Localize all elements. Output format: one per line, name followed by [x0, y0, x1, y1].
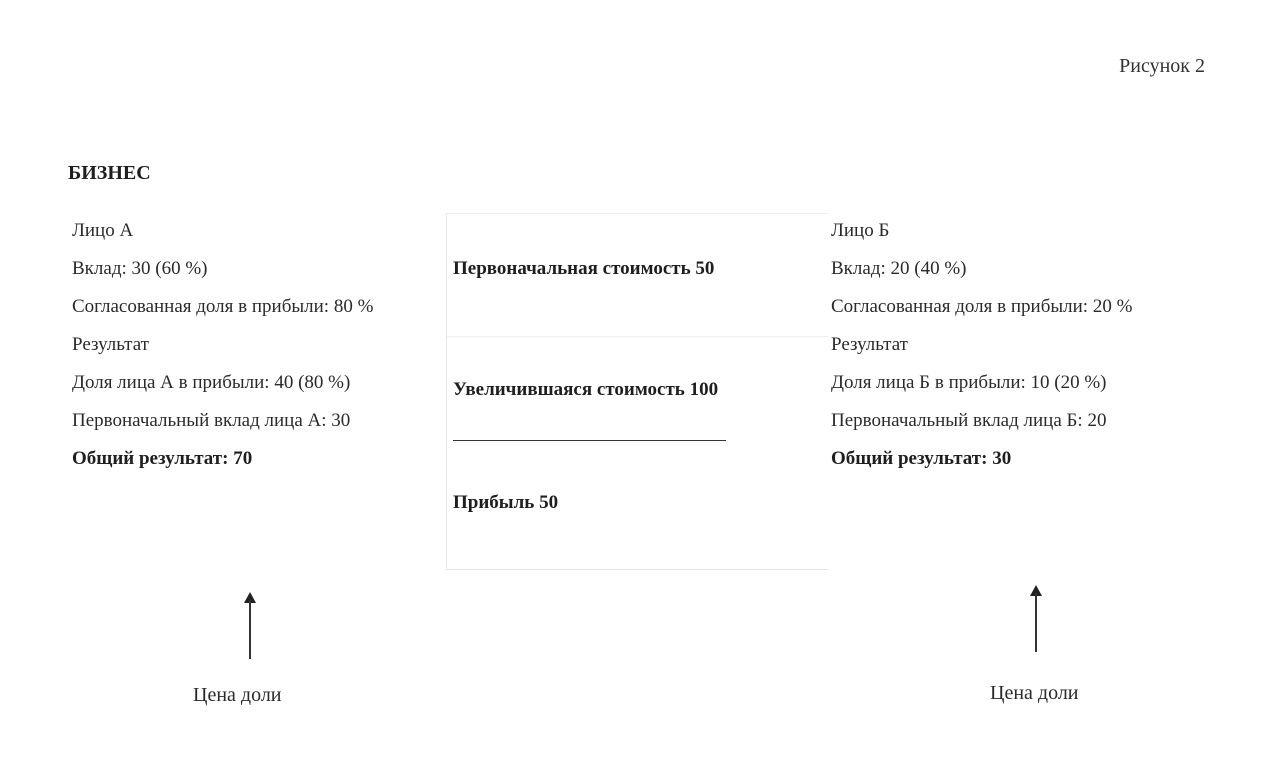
person-b-total-result: Общий результат: 30 — [831, 440, 1132, 478]
arrow-up-icon — [244, 592, 256, 659]
person-b-initial-contribution: Первоначальный вклад лица Б: 20 — [831, 402, 1132, 440]
initial-value: Первоначальная стоимость 50 — [453, 258, 714, 280]
increased-value: Увеличившаяся стоимость 100 — [453, 379, 718, 401]
person-b-agreed-share: Согласованная доля в прибыли: 20 % — [831, 288, 1132, 326]
subtraction-rule — [453, 440, 726, 441]
person-a-column: Лицо А Вклад: 30 (60 %) Согласованная до… — [72, 212, 373, 478]
person-a-initial-contribution: Первоначальный вклад лица А: 30 — [72, 402, 373, 440]
share-price-label-a: Цена доли — [193, 684, 282, 707]
person-a-result-heading: Результат — [72, 326, 373, 364]
person-b-column: Лицо Б Вклад: 20 (40 %) Согласованная до… — [831, 212, 1132, 478]
person-b-contribution: Вклад: 20 (40 %) — [831, 250, 1132, 288]
section-title: БИЗНЕС — [68, 162, 151, 185]
arrow-up-icon — [1030, 585, 1042, 652]
person-b-profit-share: Доля лица Б в прибыли: 10 (20 %) — [831, 364, 1132, 402]
person-b-result-heading: Результат — [831, 326, 1132, 364]
profit-value: Прибыль 50 — [453, 492, 558, 514]
person-a-contribution: Вклад: 30 (60 %) — [72, 250, 373, 288]
business-value-box: Первоначальная стоимость 50 Увеличившаяс… — [446, 213, 828, 570]
person-b-name: Лицо Б — [831, 212, 1132, 250]
share-price-label-b: Цена доли — [990, 682, 1079, 705]
figure-label: Рисунок 2 — [1119, 55, 1205, 78]
person-a-profit-share: Доля лица А в прибыли: 40 (80 %) — [72, 364, 373, 402]
person-a-total-result: Общий результат: 70 — [72, 440, 373, 478]
person-a-name: Лицо А — [72, 212, 373, 250]
box-divider — [447, 336, 828, 337]
person-a-agreed-share: Согласованная доля в прибыли: 80 % — [72, 288, 373, 326]
